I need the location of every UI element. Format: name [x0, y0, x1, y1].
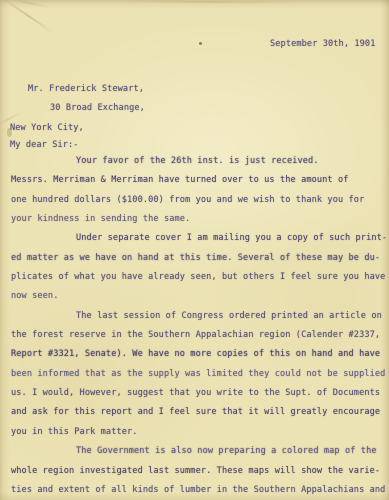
ink-speck: [199, 42, 202, 45]
letter-body: Your favor of the 26th inst. is just rec…: [11, 152, 385, 500]
body-line: Messrs. Merriman & Merriman have turned …: [11, 171, 385, 190]
body-line: Report #3321, Senate). We have no more c…: [11, 345, 385, 364]
body-line: Under separate cover I am mailing you a …: [11, 229, 385, 248]
paper-crease: [120, 0, 300, 3]
body-line: plicates of what you have already seen, …: [11, 268, 385, 287]
body-line: you in this Park matter.: [11, 423, 385, 442]
body-line: one hundred dollars ($100.00) from you a…: [11, 191, 385, 210]
letter-date: September 30th, 1901: [270, 39, 375, 49]
body-line: The Government is also now preparing a c…: [11, 442, 385, 461]
body-line: now seen.: [11, 287, 385, 306]
body-line: The last session of Congress ordered pri…: [11, 307, 385, 326]
body-line: the forest reserve in the Southern Appal…: [11, 326, 385, 345]
body-line: Your favor of the 26th inst. is just rec…: [11, 152, 385, 171]
body-line: us. I would, However, suggest that you w…: [11, 384, 385, 403]
body-line: and ask for this report and I feel sure …: [11, 403, 385, 422]
body-line: ties and extent of all kinds of lumber i…: [11, 481, 385, 500]
letter-page: September 30th, 1901 Mr. Frederick Stewa…: [0, 0, 389, 500]
body-line: ed matter as we have on hand at this tim…: [11, 249, 385, 268]
body-line: whole region investigated last summer. T…: [11, 462, 385, 481]
recipient-address: Mr. Frederick Stewart, 30 Broad Exchange…: [10, 80, 145, 138]
body-line: your kindness in sending the same.: [11, 210, 385, 229]
recipient-line: 30 Broad Exchange,: [10, 99, 145, 118]
body-line: been informed that as the supply was lim…: [11, 365, 385, 384]
recipient-line: New York City,: [10, 119, 145, 138]
recipient-line: Mr. Frederick Stewart,: [10, 80, 145, 99]
